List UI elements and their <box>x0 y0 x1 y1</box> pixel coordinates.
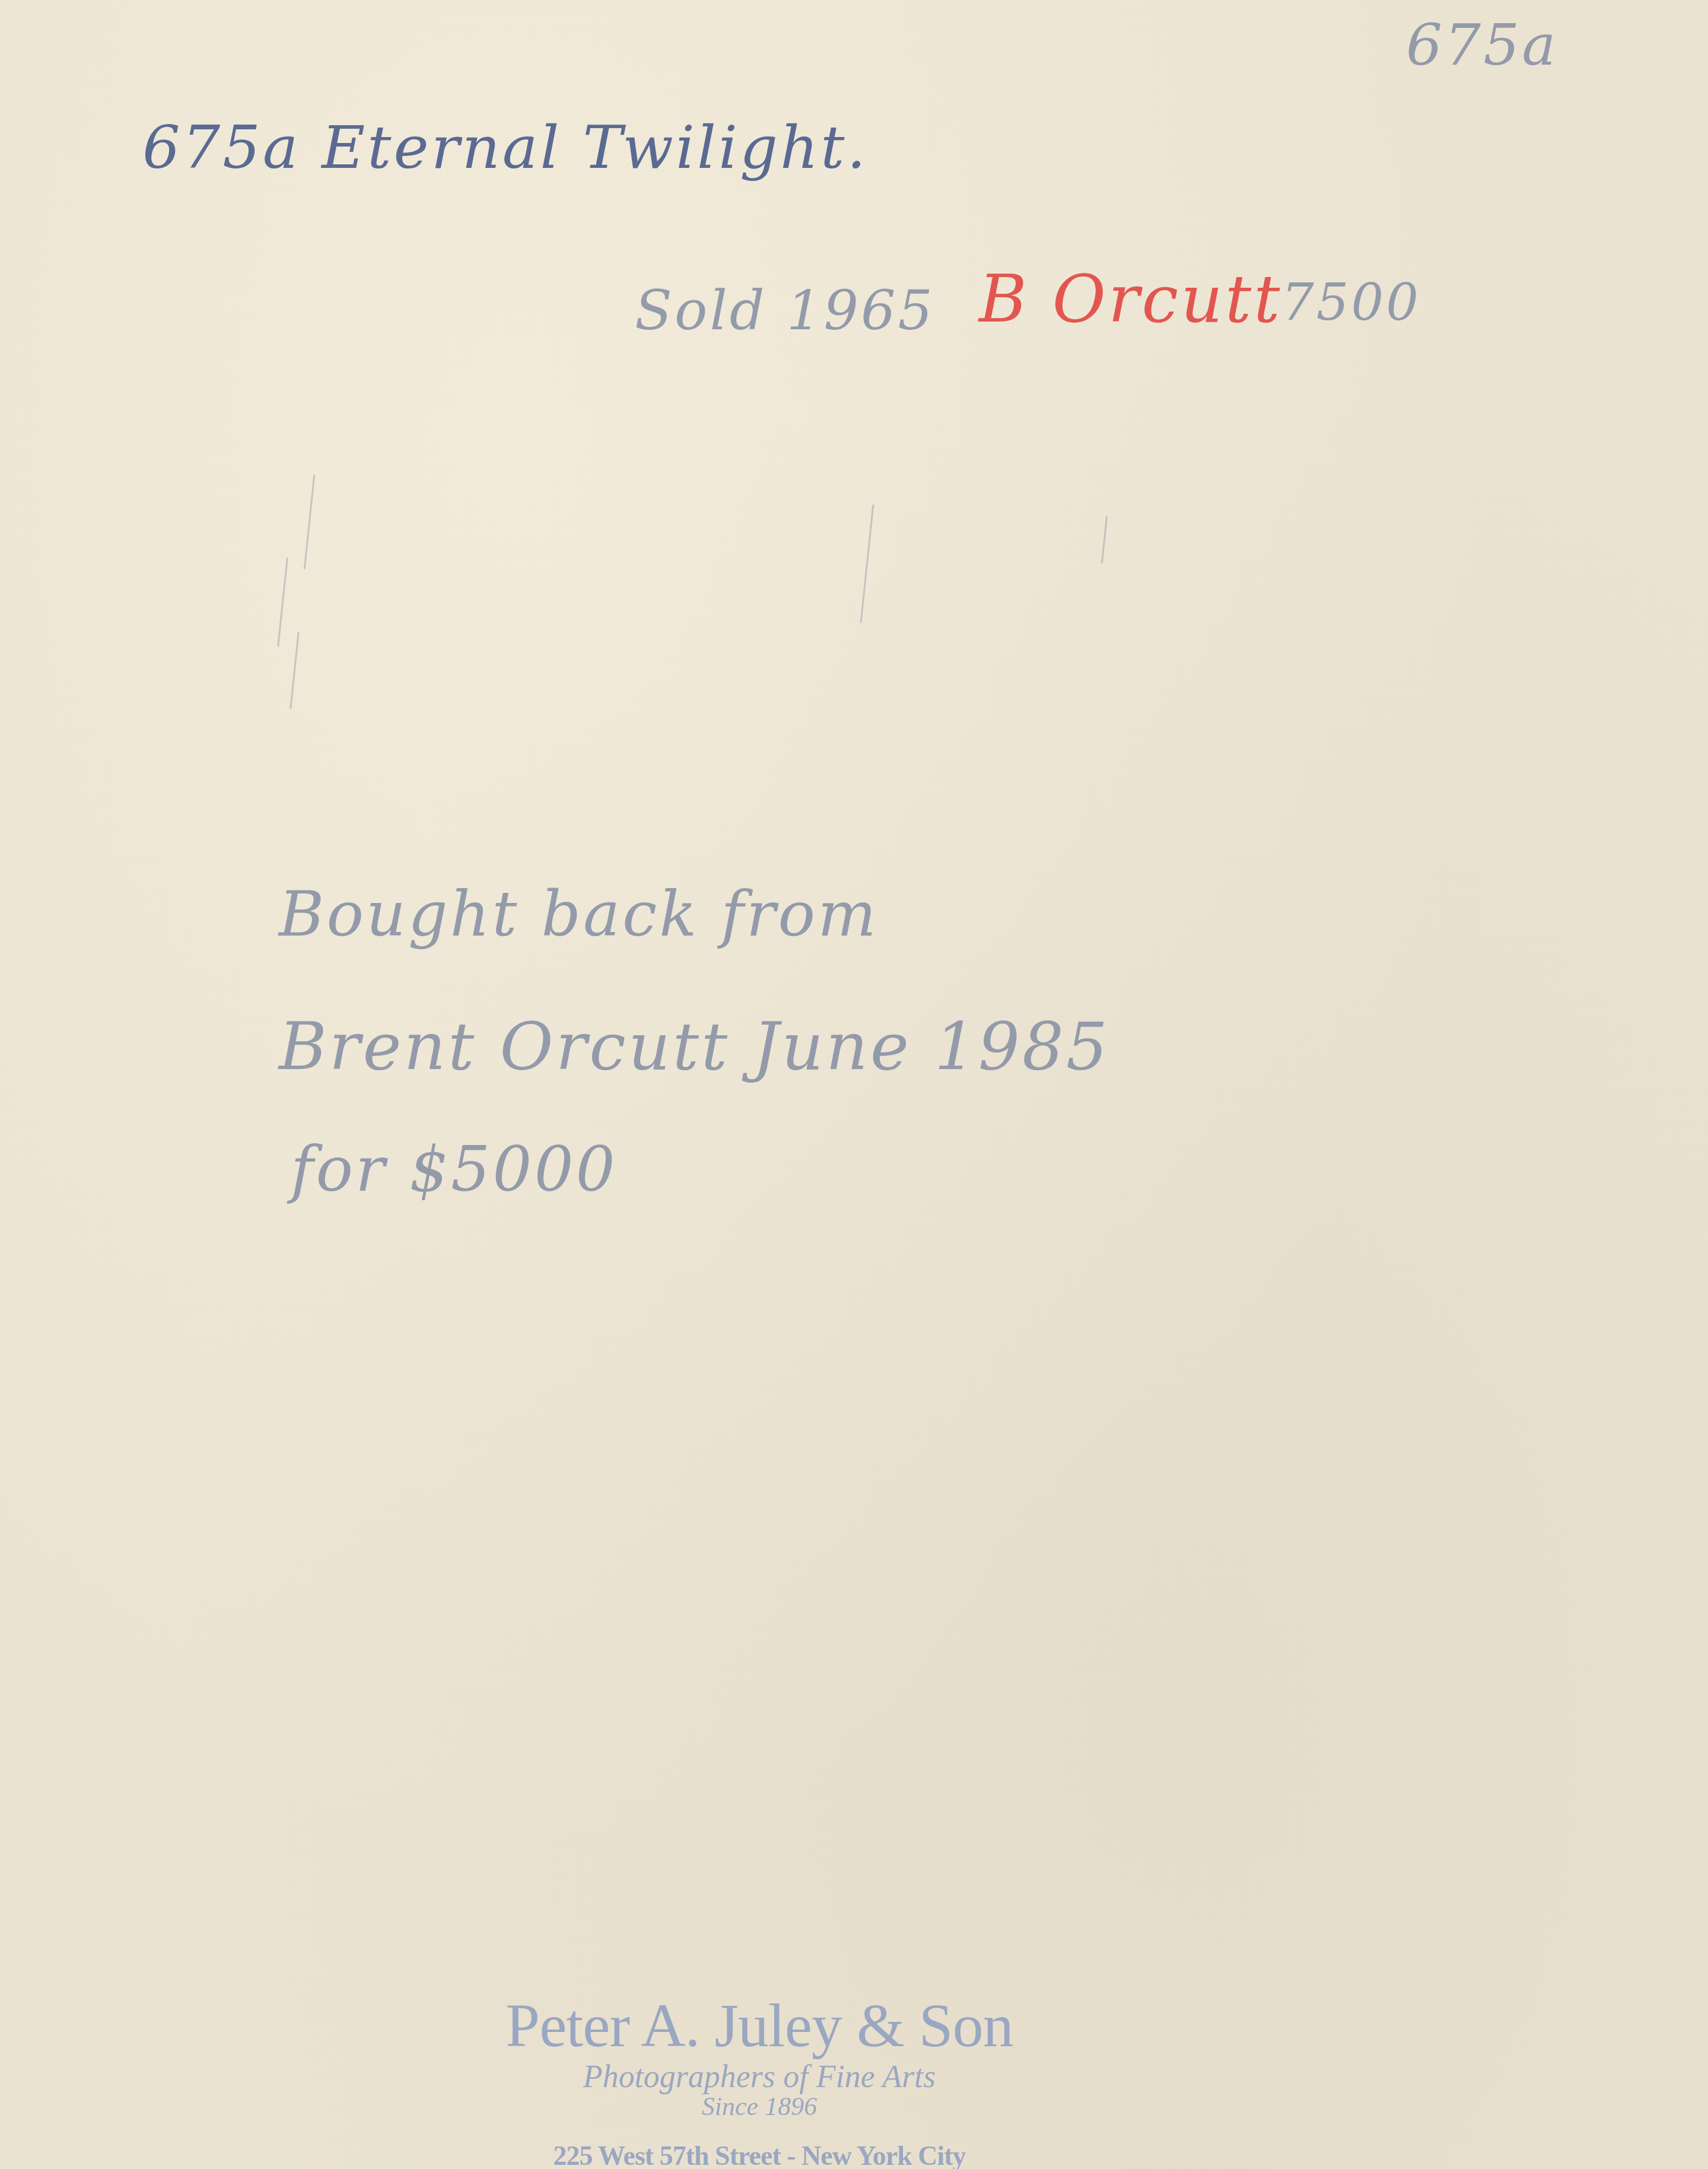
buyback-note-line-1: Bought back from <box>279 878 879 950</box>
erased-mark <box>304 475 316 569</box>
stamp-address: 225 West 57th Street - New York City <box>463 2138 1056 2169</box>
erased-mark <box>860 504 874 622</box>
buyback-note-line-2: Brent Orcutt June 1985 <box>279 1009 1110 1084</box>
buyer-name-red: B Orcutt <box>979 261 1282 337</box>
title-inscription: 675a Eternal Twilight. <box>142 113 868 182</box>
erased-mark <box>1101 516 1108 564</box>
erased-mark <box>277 558 288 646</box>
stamp-tagline: Photographers of Fine Arts <box>463 2060 1056 2092</box>
buyback-note-line-3: for $5000 <box>291 1133 618 1206</box>
stamp-firm-name: Peter A. Juley & Son <box>463 1993 1056 2058</box>
photo-verso-sheet: 675a 675a Eternal Twilight. Sold 1965 B … <box>0 0 1708 2169</box>
erased-mark <box>290 632 300 709</box>
sold-year-note: Sold 1965 <box>635 279 935 342</box>
sale-price-note: 7500 <box>1281 273 1421 332</box>
photographer-stamp: Peter A. Juley & Son Photographers of Fi… <box>463 1993 1056 2169</box>
corner-catalog-number: 675a <box>1406 12 1558 78</box>
stamp-since: Since 1896 <box>463 2092 1056 2121</box>
